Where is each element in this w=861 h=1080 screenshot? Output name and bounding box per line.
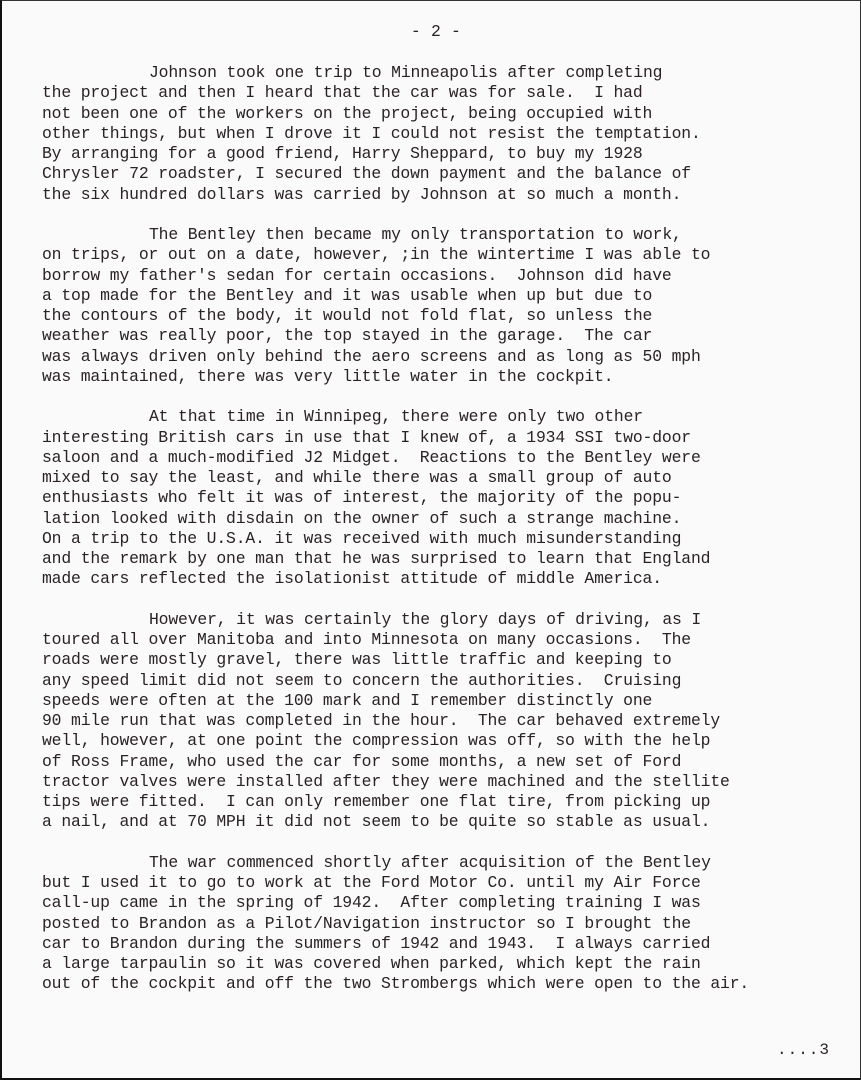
text-line: Johnson took one trip to Minneapolis aft… [42, 63, 852, 83]
text-line: The Bentley then became my only transpor… [42, 225, 852, 245]
text-line: was maintained, there was very little wa… [42, 367, 852, 387]
text-line: a nail, and at 70 MPH it did not seem to… [42, 812, 852, 832]
text-line: a large tarpaulin so it was covered when… [42, 954, 852, 974]
text-line: a top made for the Bentley and it was us… [42, 286, 852, 306]
text-line: posted to Brandon as a Pilot/Navigation … [42, 914, 852, 934]
document-body: Johnson took one trip to Minneapolis aft… [42, 63, 852, 1015]
text-line: roads were mostly gravel, there was litt… [42, 650, 852, 670]
text-line: but I used it to go to work at the Ford … [42, 873, 852, 893]
text-line: At that time in Winnipeg, there were onl… [42, 407, 852, 427]
paragraph: The Bentley then became my only transpor… [42, 225, 852, 387]
text-line: out of the cockpit and off the two Strom… [42, 974, 852, 994]
paragraph: Johnson took one trip to Minneapolis aft… [42, 63, 852, 205]
text-line: speeds were often at the 100 mark and I … [42, 691, 852, 711]
text-line: The war commenced shortly after acquisit… [42, 853, 852, 873]
paragraph: The war commenced shortly after acquisit… [42, 853, 852, 995]
text-line: the six hundred dollars was carried by J… [42, 185, 852, 205]
typewritten-page: - 2 - Johnson took one trip to Minneapol… [0, 0, 861, 1080]
text-line: weather was really poor, the top stayed … [42, 326, 852, 346]
text-line: and the remark by one man that he was su… [42, 549, 852, 569]
text-line: On a trip to the U.S.A. it was received … [42, 529, 852, 549]
text-line: However, it was certainly the glory days… [42, 610, 852, 630]
text-line: 90 mile run that was completed in the ho… [42, 711, 852, 731]
text-line: tips were fitted. I can only remember on… [42, 792, 852, 812]
continuation-marker: ....3 [777, 1041, 830, 1059]
page-number: - 2 - [2, 22, 860, 41]
text-line: not been one of the workers on the proje… [42, 104, 852, 124]
text-line: other things, but when I drove it I coul… [42, 124, 852, 144]
text-line: interesting British cars in use that I k… [42, 428, 852, 448]
text-line: was always driven only behind the aero s… [42, 347, 852, 367]
paragraph: At that time in Winnipeg, there were onl… [42, 407, 852, 589]
text-line: any speed limit did not seem to concern … [42, 671, 852, 691]
text-line: By arranging for a good friend, Harry Sh… [42, 144, 852, 164]
text-line: car to Brandon during the summers of 194… [42, 934, 852, 954]
text-line: tractor valves were installed after they… [42, 772, 852, 792]
text-line: of Ross Frame, who used the car for some… [42, 752, 852, 772]
text-line: on trips, or out on a date, however, ;in… [42, 245, 852, 265]
text-line: the project and then I heard that the ca… [42, 83, 852, 103]
text-line: mixed to say the least, and while there … [42, 468, 852, 488]
text-line: toured all over Manitoba and into Minnes… [42, 630, 852, 650]
text-line: Chrysler 72 roadster, I secured the down… [42, 164, 852, 184]
text-line: lation looked with disdain on the owner … [42, 509, 852, 529]
text-line: enthusiasts who felt it was of interest,… [42, 488, 852, 508]
text-line: saloon and a much-modified J2 Midget. Re… [42, 448, 852, 468]
text-line: well, however, at one point the compress… [42, 731, 852, 751]
text-line: made cars reflected the isolationist att… [42, 569, 852, 589]
text-line: call-up came in the spring of 1942. Afte… [42, 893, 852, 913]
text-line: borrow my father's sedan for certain occ… [42, 266, 852, 286]
paragraph: However, it was certainly the glory days… [42, 610, 852, 833]
text-line: the contours of the body, it would not f… [42, 306, 852, 326]
